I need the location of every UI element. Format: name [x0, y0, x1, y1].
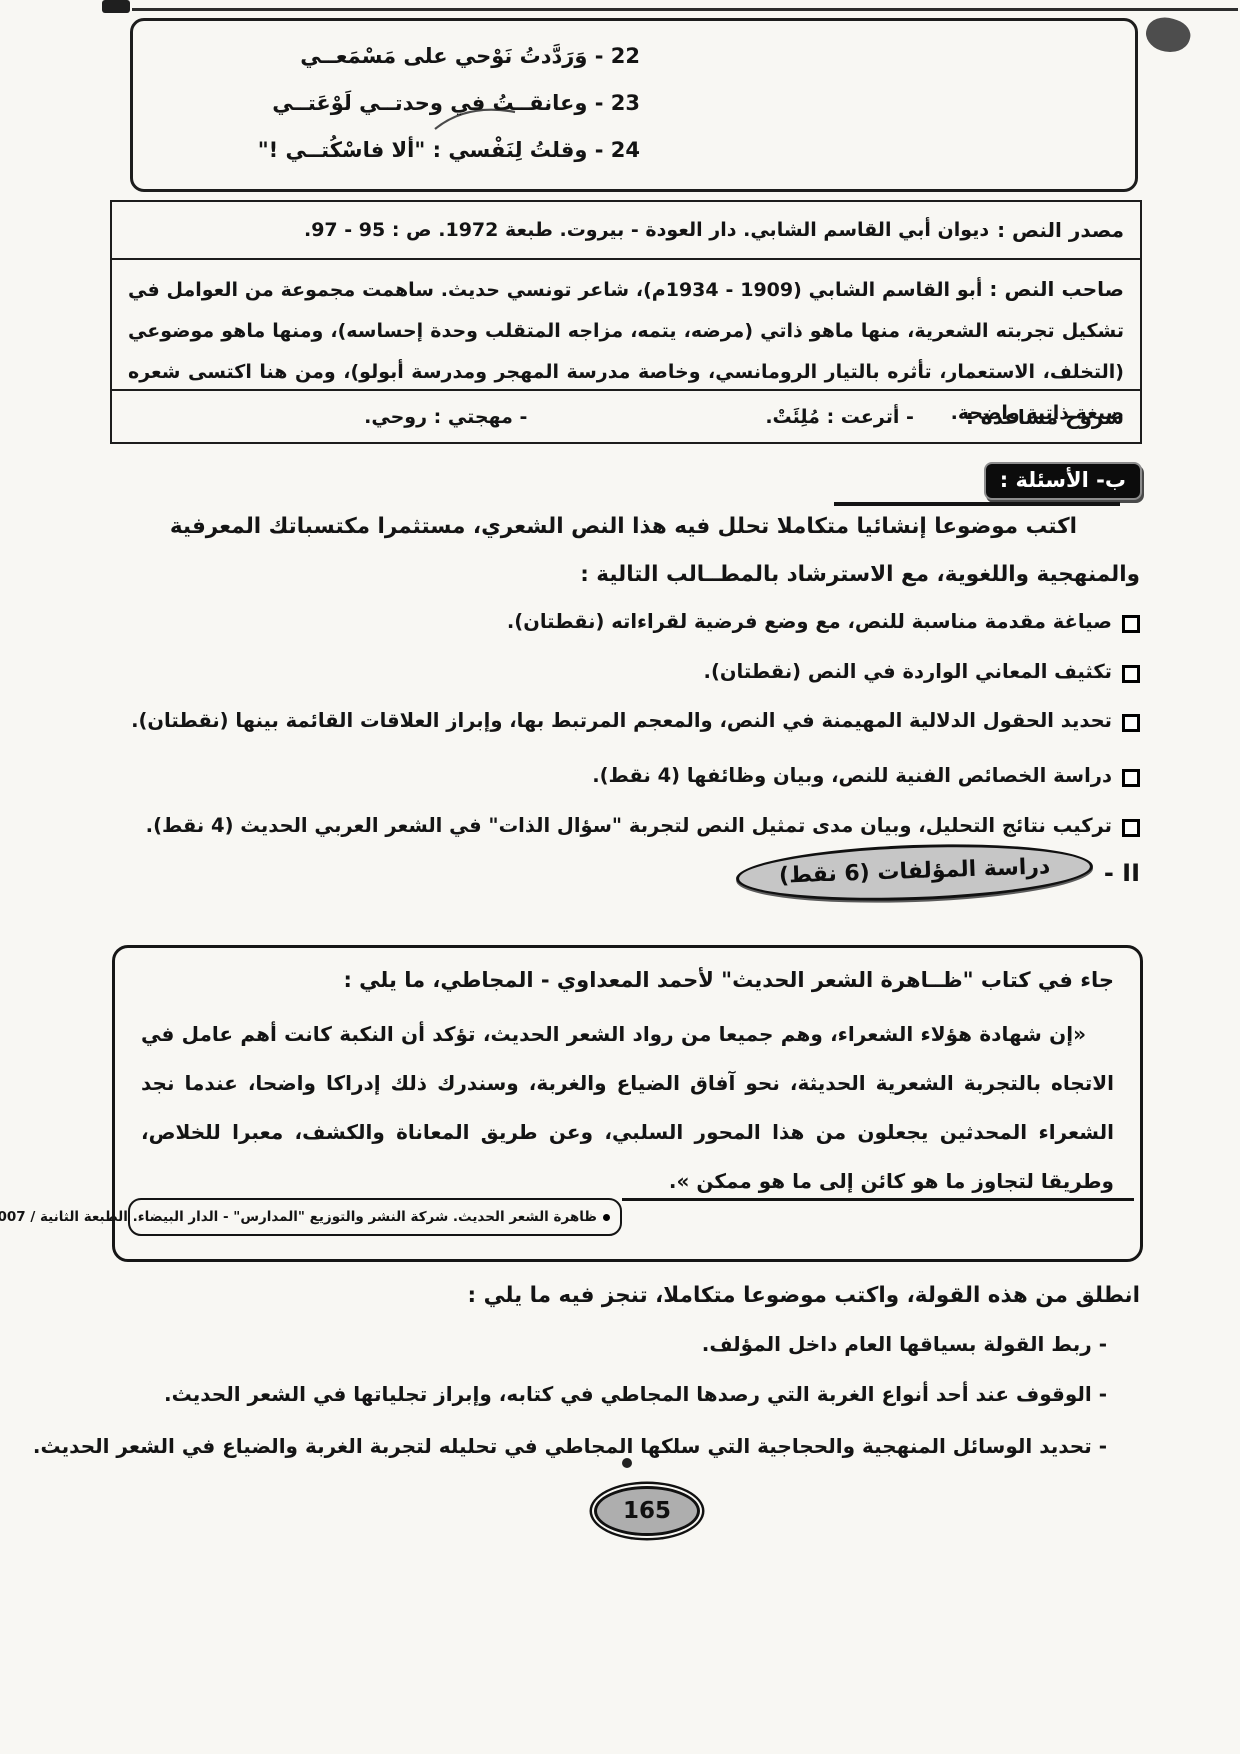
scan-ink-blob	[1142, 12, 1194, 58]
poem-lines: 22 - وَرَدَّدتُ نَوْحي على مَسْمَعــي 23…	[153, 33, 640, 174]
section2-header: II - دراسة المؤلفات (6 نقط)	[736, 845, 1140, 900]
essay-item: - الوقوف عند أحد أنواع الغربة التي رصدها…	[164, 1382, 1107, 1406]
text-author-row: صاحب النص : أبو القاسم الشابي (1909 - 19…	[112, 260, 1140, 391]
essay-item: - ربط القولة بسياقها العام داخل المؤلف.	[702, 1332, 1107, 1356]
glossary-item: - أترعت : مُلِئَتْ.	[765, 406, 914, 428]
poem-verse-23: 23 - وعانقــتُ في وحدتــي لَوْعَتــي	[153, 80, 640, 127]
page-number: 165	[623, 1498, 671, 1524]
glossary-label: شروح مساعدة :	[966, 405, 1124, 429]
quote-box: جاء في كتاب "ظــاهرة الشعر الحديث" لأحمد…	[112, 945, 1143, 1262]
poem-verse-24: 24 - وقلتُ لِنَفْسي : "ألا فاسْكُتــي !"	[153, 127, 640, 174]
exam-page: 22 - وَرَدَّدتُ نَوْحي على مَسْمَعــي 23…	[0, 0, 1240, 1754]
task-text: صياغة مقدمة مناسبة للنص، مع وضع فرضية لق…	[507, 610, 1112, 633]
questions-section-header: ب- الأسئلة :	[984, 462, 1142, 500]
quote-intro: جاء في كتاب "ظــاهرة الشعر الحديث" لأحمد…	[141, 968, 1114, 992]
text-source-row: مصدر النص : ديوان أبي القاسم الشابي. دار…	[112, 202, 1140, 260]
square-bullet-icon	[1122, 665, 1140, 683]
footnote-text: ظاهرة الشعر الحديث. شركة النشر والتوزيع …	[0, 1209, 597, 1225]
scan-top-line	[132, 8, 1238, 11]
task-text: تحديد الحقول الدلالية المهيمنة في النص، …	[131, 709, 1112, 732]
square-bullet-icon	[1122, 819, 1140, 837]
footnote-pill: ظاهرة الشعر الحديث. شركة النشر والتوزيع …	[128, 1198, 622, 1236]
task-text: تكثيف المعاني الواردة في النص (نقطتان).	[704, 660, 1112, 683]
essay-intro: انطلق من هذه القولة، واكتب موضوعا متكامل…	[468, 1283, 1140, 1308]
text-info-box: مصدر النص : ديوان أبي القاسم الشابي. دار…	[110, 200, 1142, 444]
questions-intro-line1: اكتب موضوعا إنشائيا متكاملا تحلل فيه هذا…	[170, 514, 1077, 539]
square-bullet-icon	[1122, 769, 1140, 787]
poem-verses-box: 22 - وَرَدَّدتُ نَوْحي على مَسْمَعــي 23…	[130, 18, 1138, 192]
essay-item: - تحديد الوسائل المنهجية والحجاجية التي …	[33, 1434, 1107, 1458]
task-item: تكثيف المعاني الواردة في النص (نقطتان).	[704, 660, 1140, 683]
footnote-separator-line	[622, 1198, 1134, 1201]
scan-corner-mark	[102, 0, 130, 13]
glossary-item: - مهجتي : روحي.	[364, 406, 527, 428]
section2-numeral: II -	[1104, 859, 1140, 887]
questions-header-underline	[834, 502, 1120, 506]
source-text: ديوان أبي القاسم الشابي. دار العودة - بي…	[304, 219, 989, 241]
task-text: دراسة الخصائص الفنية للنص، وبيان وظائفها…	[592, 764, 1112, 787]
task-item: صياغة مقدمة مناسبة للنص، مع وضع فرضية لق…	[507, 610, 1140, 633]
section2-title-oval: دراسة المؤلفات (6 نقط)	[736, 839, 1095, 906]
questions-intro-line2: والمنهجية واللغوية، مع الاسترشاد بالمطــ…	[580, 562, 1140, 587]
poem-verse-22: 22 - وَرَدَّدتُ نَوْحي على مَسْمَعــي	[153, 33, 640, 80]
task-item: تحديد الحقول الدلالية المهيمنة في النص، …	[131, 709, 1140, 732]
task-item: تركيب نتائج التحليل، وبيان مدى تمثيل الن…	[146, 814, 1140, 837]
glossary-row: شروح مساعدة : - أترعت : مُلِئَتْ. - مهجت…	[112, 391, 1140, 443]
square-bullet-icon	[1122, 714, 1140, 732]
page-number-badge: 165	[594, 1486, 700, 1536]
footnote-bullet-icon	[603, 1214, 610, 1221]
source-label: مصدر النص :	[997, 218, 1124, 242]
author-label: صاحب النص :	[989, 277, 1124, 301]
task-text: تركيب نتائج التحليل، وبيان مدى تمثيل الن…	[146, 814, 1112, 837]
task-item: دراسة الخصائص الفنية للنص، وبيان وظائفها…	[592, 764, 1140, 787]
scan-dot-artifact	[622, 1458, 632, 1468]
quote-paragraph: «إن شهادة هؤلاء الشعراء، وهم جميعا من رو…	[141, 1010, 1114, 1206]
square-bullet-icon	[1122, 615, 1140, 633]
